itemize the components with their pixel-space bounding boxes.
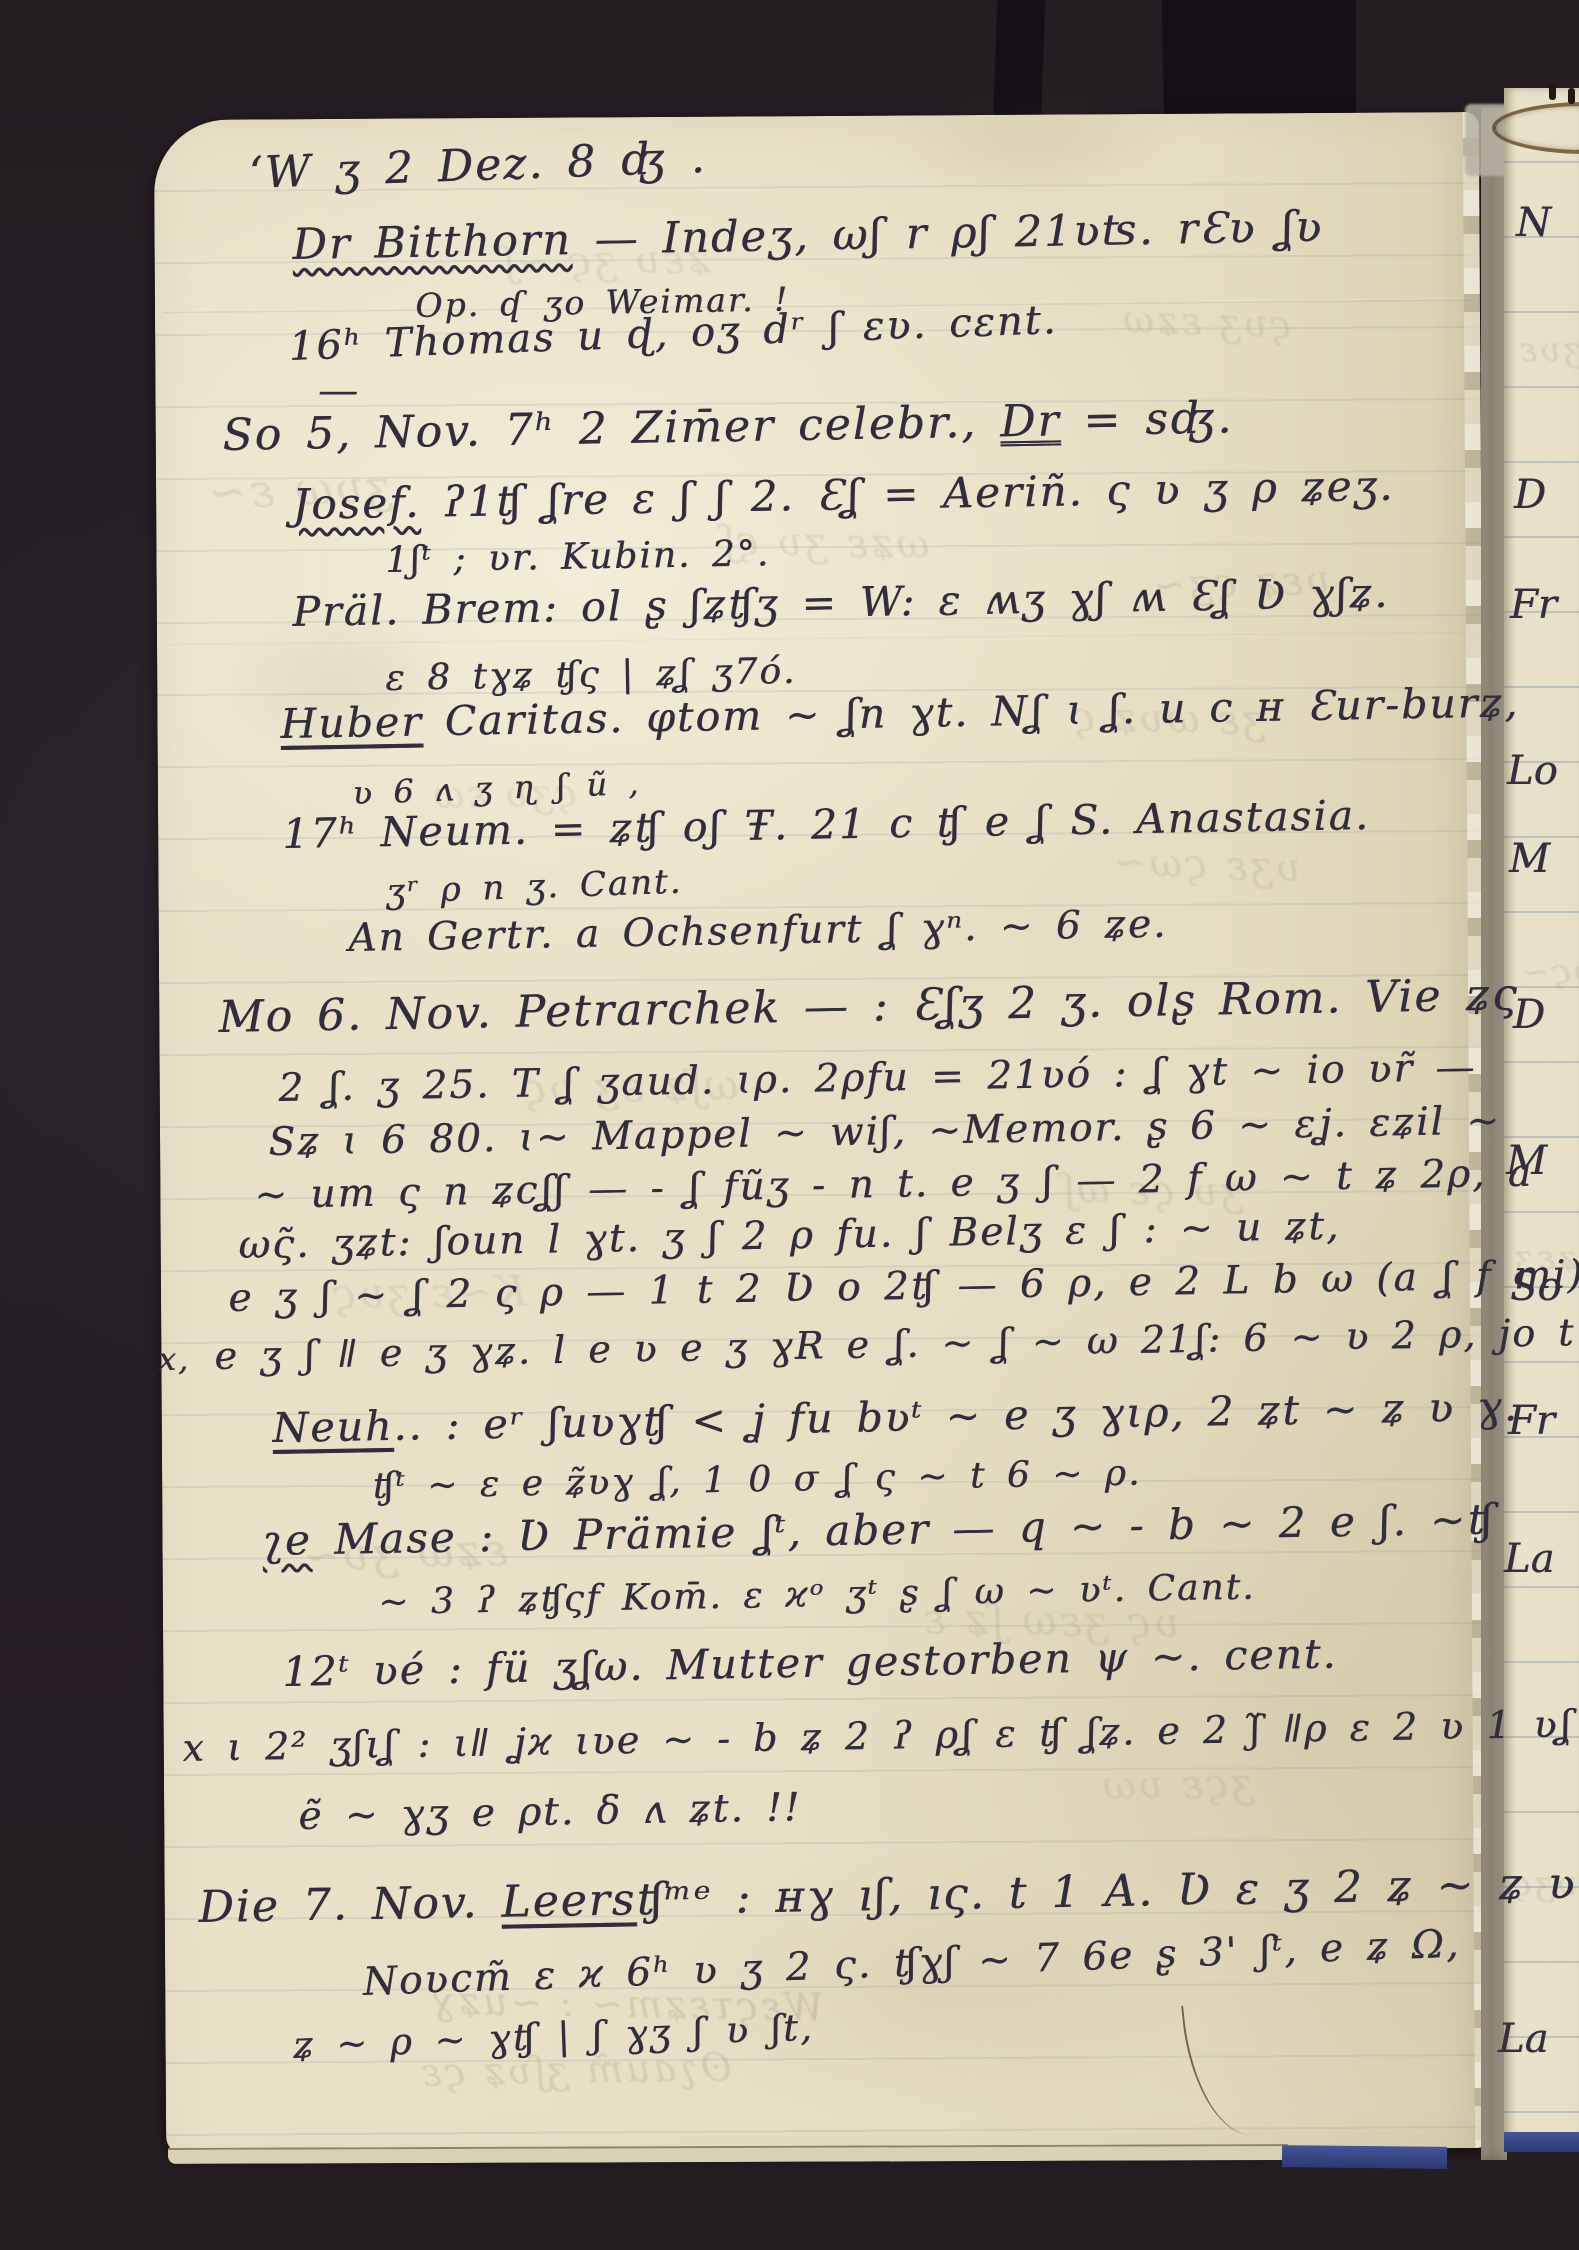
adjacent-page-letter: M bbox=[1506, 1138, 1547, 1184]
adjacent-page-letter: La bbox=[1498, 2016, 1548, 2062]
adjacent-page-letter: M bbox=[1509, 836, 1550, 882]
adjacent-page-letter: So bbox=[1510, 1264, 1561, 1310]
adjacent-page-letter: N bbox=[1516, 200, 1551, 246]
adjacent-page-letter: Fr bbox=[1510, 582, 1557, 628]
adjacent-page-letter: D bbox=[1514, 472, 1546, 518]
adjacent-page-letter: Fr bbox=[1508, 1398, 1555, 1444]
adjacent-page-letter: D bbox=[1513, 992, 1545, 1038]
adjacent-page-letter: La bbox=[1504, 1536, 1554, 1582]
scanned-notebook-page: ʑεʋ ʒς ~ʃςʋʒ εʑωʒʋω ε~ωʑε ʒʋ ςʃʋεʑ ςʒ~ʒε… bbox=[0, 0, 1579, 2250]
adjacent-page-letter: Lo bbox=[1507, 748, 1558, 794]
adjacent-page-text-layer: NDFrLoMDMSoFrLaLa bbox=[0, 0, 1579, 2250]
